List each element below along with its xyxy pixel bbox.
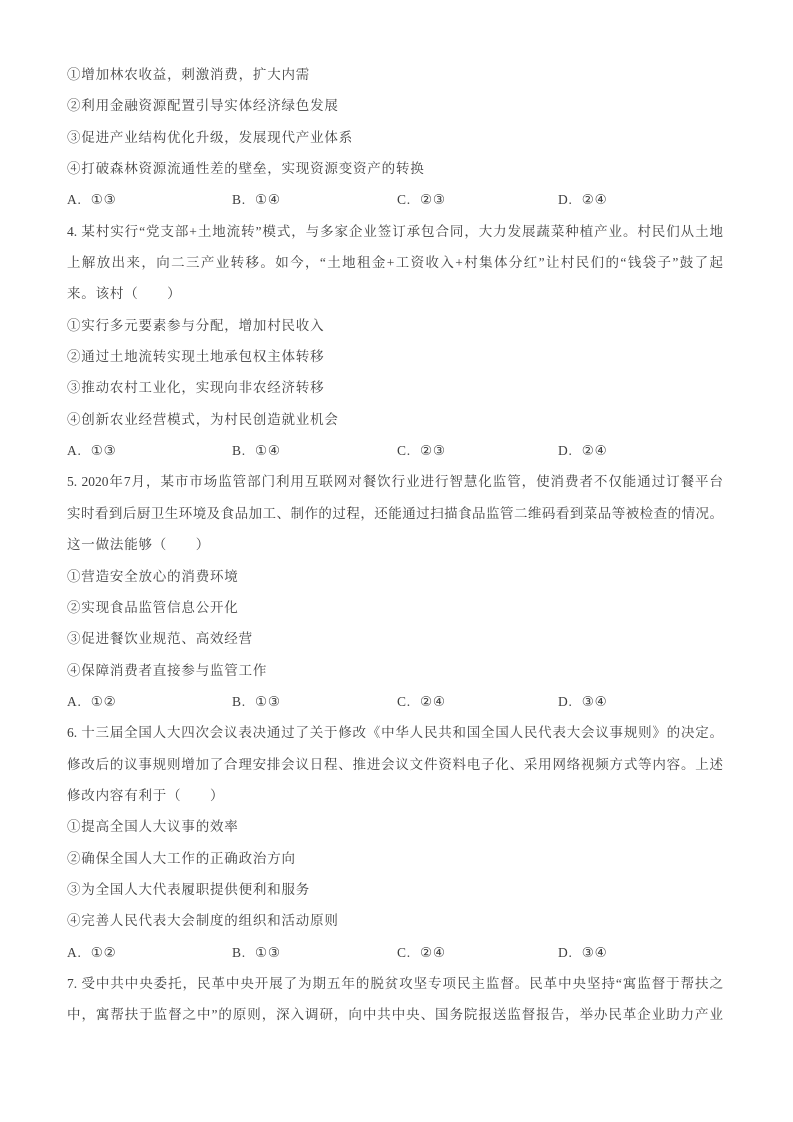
question-stem-line: 上解放出来，向二三产业转移。如今，“土地租金+工资收入+村集体分红”让村民们的“… [67,247,723,278]
choice-label: B. [232,694,246,709]
choice-label: C. [397,945,411,960]
choice-label: B. [232,945,246,960]
choice-label: C. [397,443,411,458]
choices-row: A.①③ B.①④ C.②③ D.②④ [67,435,723,466]
choice-label: B. [232,443,246,458]
question-stem-line: 这一做法能够（ ） [67,529,723,560]
option-item: ②通过土地流转实现土地承包权主体转移 [67,341,723,372]
choice-value: ②④ [582,443,608,458]
choice-value: ①③ [255,945,281,960]
choice-label: D. [558,443,573,458]
question-block-6: 6. 十三届全国人大四次会议表决通过了关于修改《中华人民共和国全国人民代表大会议… [67,717,723,968]
choice-label: A. [67,192,82,207]
choice-label: C. [397,694,411,709]
option-item: ④打破森林资源流通性差的壁垒，实现资源变资产的转换 [67,153,723,184]
choice-d: D.②④ [558,435,608,466]
choice-value: ②④ [420,945,446,960]
choice-value: ②③ [420,192,446,207]
question-stem-line: 修改内容有利于（ ） [67,780,723,811]
option-item: ②确保全国人大工作的正确政治方向 [67,843,723,874]
question-stem-line: 修改后的议事规则增加了合理安排会议日程、推进会议文件资料电子化、采用网络视频方式… [67,749,723,780]
choice-b: B.①③ [232,937,281,968]
option-item: ②利用金融资源配置引导实体经济绿色发展 [67,90,723,121]
choice-label: A. [67,694,82,709]
question-block-5: 5. 2020年7月，某市市场监管部门利用互联网对餐饮行业进行智慧化监管，使消费… [67,466,723,717]
option-item: ④完善人民代表大会制度的组织和活动原则 [67,905,723,936]
choice-b: B.①④ [232,435,281,466]
option-item: ③促进餐饮业规范、高效经营 [67,623,723,654]
option-item: ③为全国人大代表履职提供便利和服务 [67,874,723,905]
choice-value: ②④ [582,192,608,207]
question-block-4: 4. 某村实行“党支部+土地流转”模式，与多家企业签订承包合同，大力发展蔬菜种植… [67,216,723,467]
page-content: ①增加林农收益，刺激消费，扩大内需 ②利用金融资源配置引导实体经济绿色发展 ③促… [67,59,723,1031]
choice-value: ①④ [255,443,281,458]
choice-c: C.②③ [397,435,446,466]
question-stem-line: 实时看到后厨卫生环境及食品加工、制作的过程，还能通过扫描食品监管二维码看到菜品等… [67,498,723,529]
question-stem-line: 来。该村（ ） [67,278,723,309]
choice-value: ①② [91,945,117,960]
choice-d: D.③④ [558,937,608,968]
option-item: ④保障消费者直接参与监管工作 [67,655,723,686]
choice-label: D. [558,945,573,960]
question-stem-line: 7. 受中共中央委托，民革中央开展了为期五年的脱贫攻坚专项民主监督。民革中央坚持… [67,968,723,999]
choices-row: A.①② B.①③ C.②④ D.③④ [67,686,723,717]
choice-c: C.②④ [397,686,446,717]
question-stem-line: 5. 2020年7月，某市市场监管部门利用互联网对餐饮行业进行智慧化监管，使消费… [67,466,723,497]
exam-page: ①增加林农收益，刺激消费，扩大内需 ②利用金融资源配置引导实体经济绿色发展 ③促… [0,0,793,1122]
option-item: ③推动农村工业化，实现向非农经济转移 [67,372,723,403]
choice-value: ①④ [255,192,281,207]
choice-value: ①③ [91,192,117,207]
choice-c: C.②③ [397,184,446,215]
choice-b: B.①③ [232,686,281,717]
option-item: ①实行多元要素参与分配，增加村民收入 [67,310,723,341]
choice-value: ②④ [420,694,446,709]
choice-a: A.①③ [67,435,117,466]
choice-value: ②③ [420,443,446,458]
question-block-7-partial: 7. 受中共中央委托，民革中央开展了为期五年的脱贫攻坚专项民主监督。民革中央坚持… [67,968,723,1031]
choice-c: C.②④ [397,937,446,968]
question-stem-line: 4. 某村实行“党支部+土地流转”模式，与多家企业签订承包合同，大力发展蔬菜种植… [67,216,723,247]
choice-d: D.②④ [558,184,608,215]
question-stem-line: 6. 十三届全国人大四次会议表决通过了关于修改《中华人民共和国全国人民代表大会议… [67,717,723,748]
option-item: ②实现食品监管信息公开化 [67,592,723,623]
option-item: ①提高全国人大议事的效率 [67,811,723,842]
choice-label: A. [67,945,82,960]
choice-label: B. [232,192,246,207]
choice-label: D. [558,192,573,207]
option-item: ③促进产业结构优化升级，发展现代产业体系 [67,122,723,153]
choices-row: A.①③ B.①④ C.②③ D.②④ [67,184,723,215]
choice-b: B.①④ [232,184,281,215]
choice-a: A.①② [67,937,117,968]
choice-value: ③④ [582,945,608,960]
choice-value: ①③ [91,443,117,458]
choice-a: A.①③ [67,184,117,215]
choice-label: D. [558,694,573,709]
choices-row: A.①② B.①③ C.②④ D.③④ [67,937,723,968]
option-item: ①营造安全放心的消费环境 [67,561,723,592]
question-stem-line: 中，寓帮扶于监督之中”的原则，深入调研，向中共中央、国务院报送监督报告，举办民革… [67,999,723,1030]
choice-label: A. [67,443,82,458]
option-item: ④创新农业经营模式，为村民创造就业机会 [67,404,723,435]
choice-d: D.③④ [558,686,608,717]
choice-a: A.①② [67,686,117,717]
question-block-3-partial: ①增加林农收益，刺激消费，扩大内需 ②利用金融资源配置引导实体经济绿色发展 ③促… [67,59,723,216]
choice-value: ①③ [255,694,281,709]
choice-value: ①② [91,694,117,709]
option-item: ①增加林农收益，刺激消费，扩大内需 [67,59,723,90]
choice-value: ③④ [582,694,608,709]
choice-label: C. [397,192,411,207]
